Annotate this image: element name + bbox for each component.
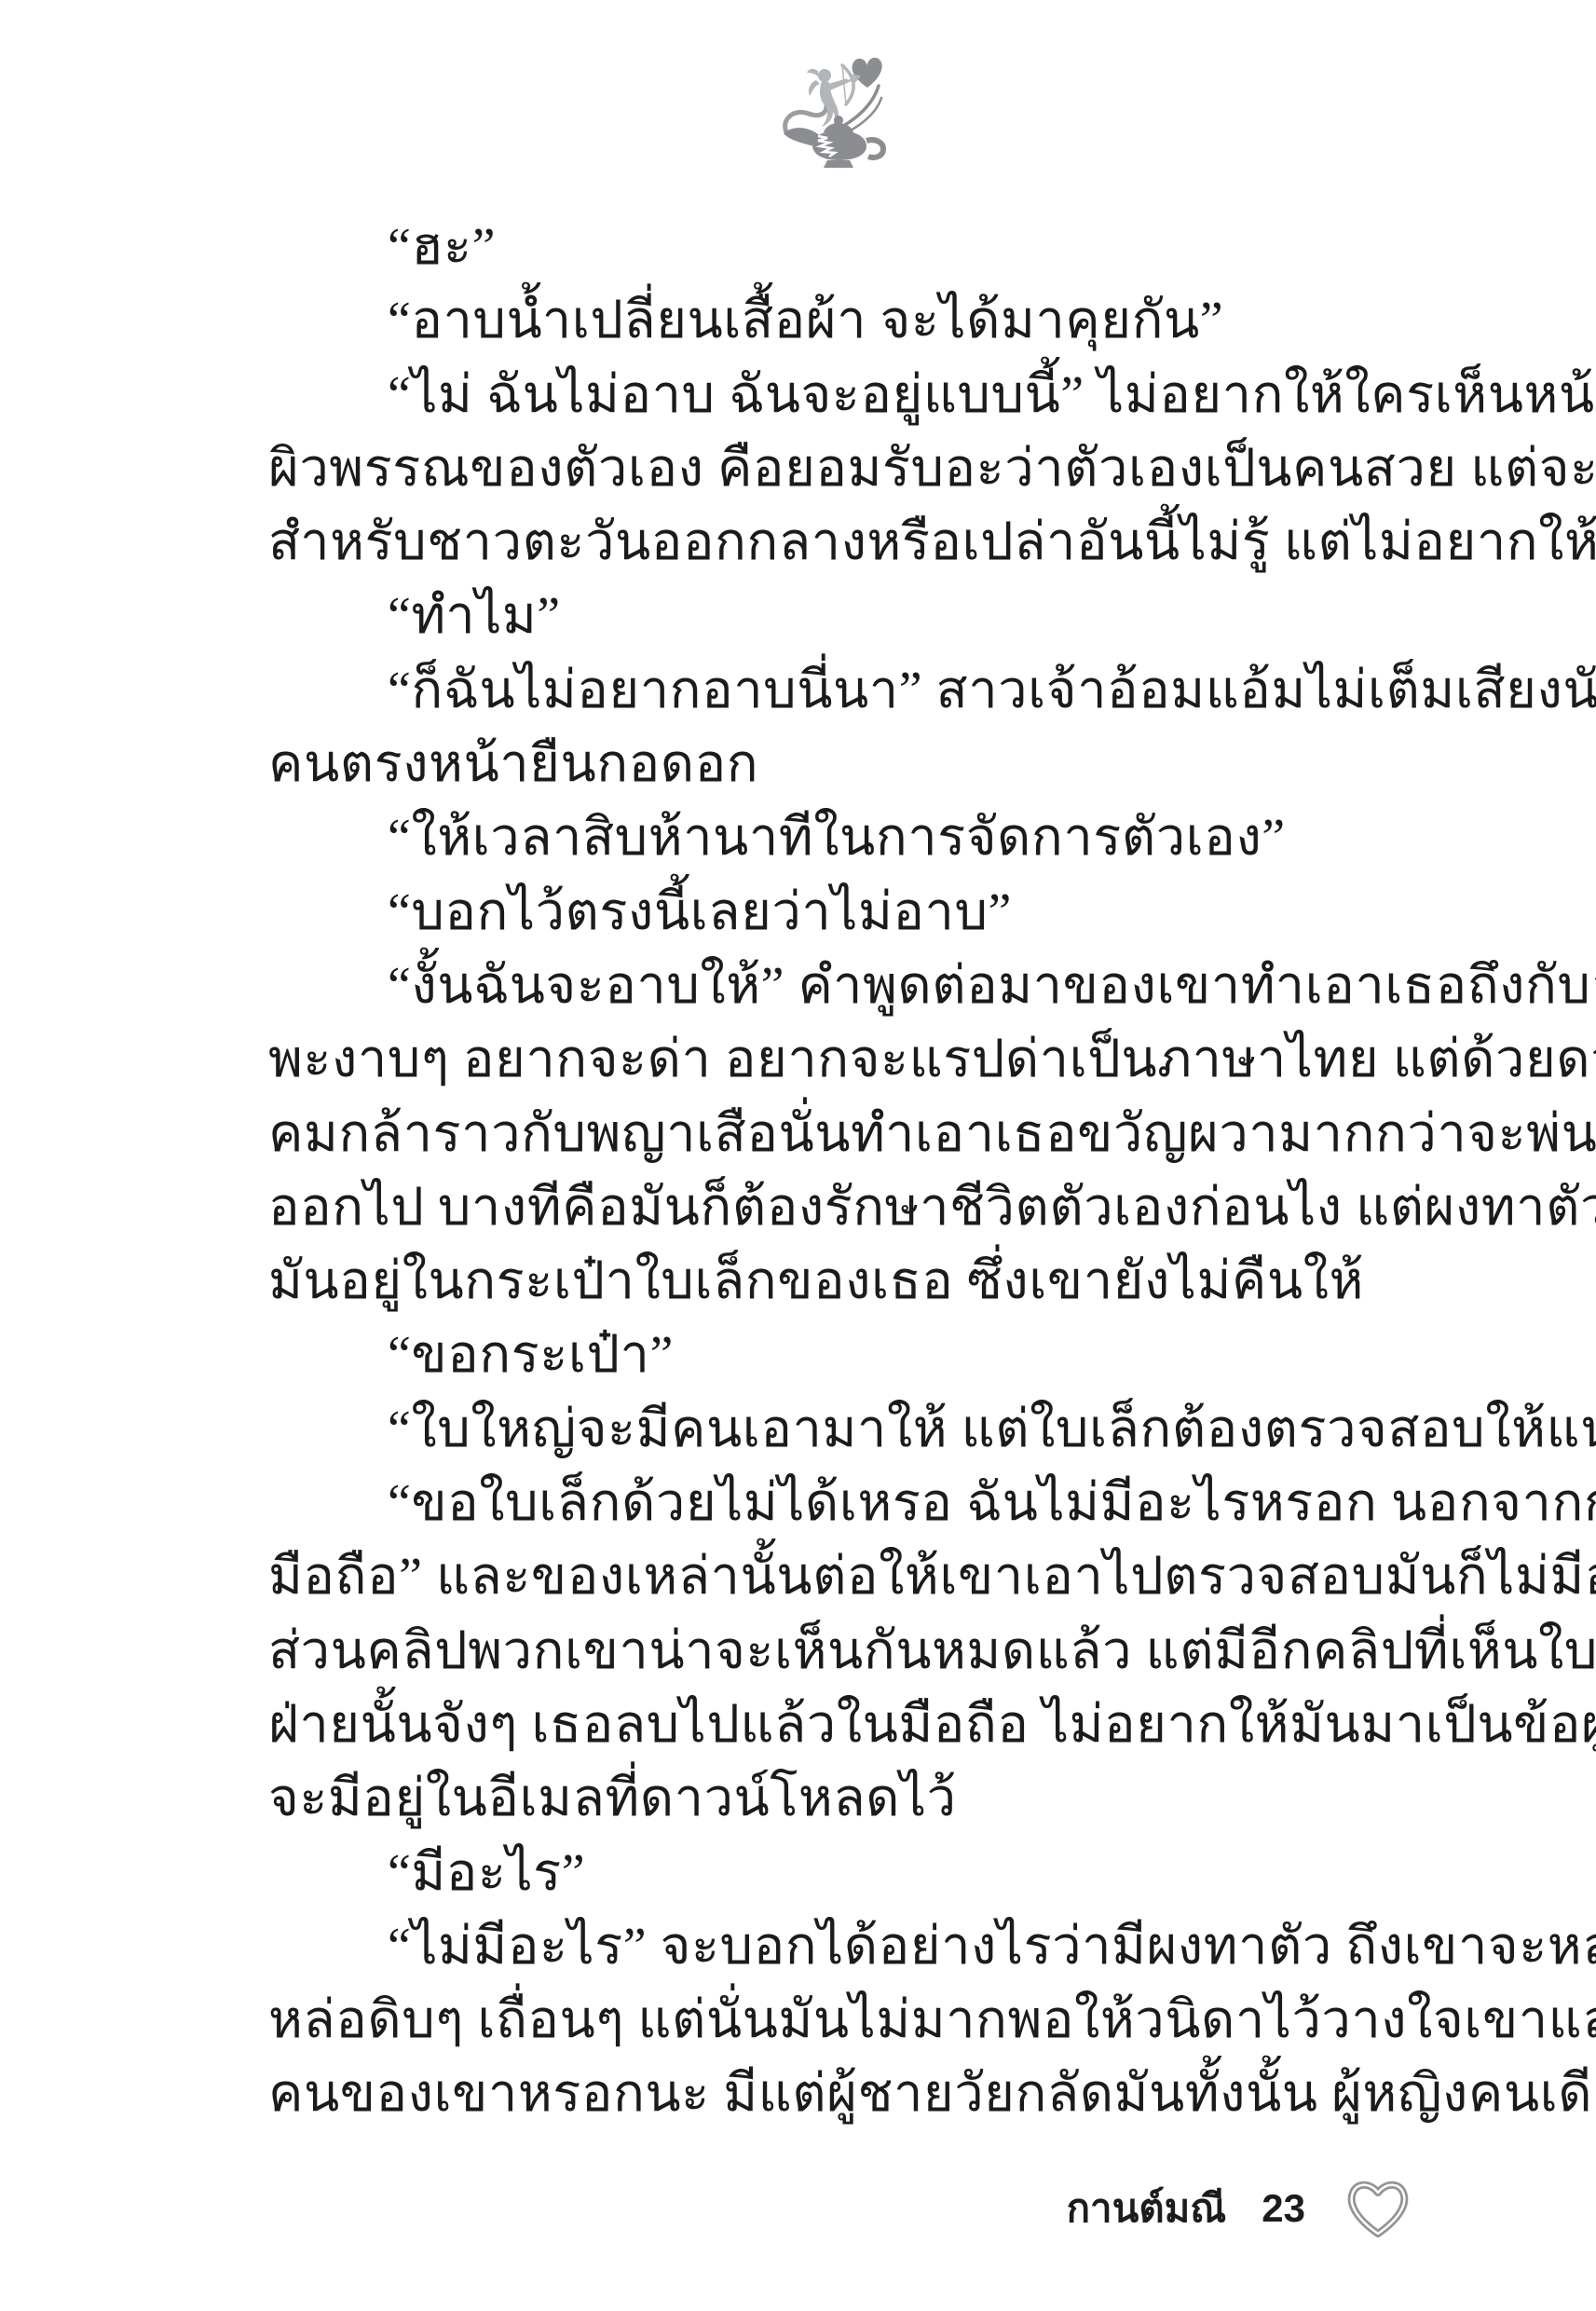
text-line: มันอยู่ในกระเป๋าใบเล็กของเธอ ซึ่งเขายังไ… <box>268 1245 1433 1319</box>
page-number: 23 <box>1262 2178 1305 2239</box>
page-footer: กานต์มณี 23 <box>1067 2178 1412 2239</box>
text-line: คนของเขาหรอกนะ มีแต่ผู้ชายวัยกลัดมันทั้ง… <box>268 2058 1433 2131</box>
text-line: ฝ่ายนั้นจังๆ เธอลบไปแล้วในมือถือ ไม่อยาก… <box>268 1689 1433 1762</box>
text-line: จะมีอยู่ในอีเมลที่ดาวน์โหลดไว้ <box>268 1762 1433 1836</box>
heart-outline-icon <box>1344 2178 1412 2239</box>
genie-lamp-icon <box>784 116 883 168</box>
text-line: “ทำไม” <box>268 580 1433 653</box>
text-line: “มีอะไร” <box>268 1837 1433 1910</box>
author-name: กานต์มณี <box>1067 2178 1227 2239</box>
text-line: สำหรับชาวตะวันออกกลางหรือเปล่าอันนี้ไม่ร… <box>268 506 1433 580</box>
text-line: “ไม่ ฉันไม่อาบ ฉันจะอยู่แบบนี้” ไม่อยากใ… <box>268 359 1433 432</box>
text-line: ออกไป บางทีคือมันก็ต้องรักษาชีวิตตัวเองก… <box>268 1171 1433 1245</box>
text-line: “ขอกระเป๋า” <box>268 1319 1433 1392</box>
text-line: “บอกไว้ตรงนี้เลยว่าไม่อาบ” <box>268 876 1433 950</box>
heart-icon <box>853 58 882 88</box>
smoke-swirl-icon <box>785 101 826 132</box>
text-line: คมกล้าราวกับพญาเสือนั่นทำเอาเธอขวัญผวามา… <box>268 1098 1433 1171</box>
text-line: มือถือ” และของเหล่านั้นต่อให้เขาเอาไปตรว… <box>268 1540 1433 1614</box>
cupid-lamp-logo <box>781 52 887 170</box>
text-line: “ขอใบเล็กด้วยไม่ได้เหรอ ฉันไม่มีอะไรหรอก… <box>268 1467 1433 1540</box>
text-line: “ให้เวลาสิบห้านาทีในการจัดการตัวเอง” <box>268 801 1433 875</box>
footer-text: กานต์มณี 23 <box>1067 2178 1305 2239</box>
text-line: “ฮะ” <box>268 211 1433 284</box>
text-line: “อาบน้ำเปลี่ยนเสื้อผ้า จะได้มาคุยกัน” <box>268 284 1433 358</box>
book-page: “ฮะ” “อาบน้ำเปลี่ยนเสื้อผ้า จะได้มาคุยกั… <box>0 0 1596 2311</box>
text-line: ผิวพรรณของตัวเอง คือยอมรับอะว่าตัวเองเป็… <box>268 432 1433 506</box>
text-line: “ใบใหญ่จะมีคนเอามาให้ แต่ใบเล็กต้องตรวจส… <box>268 1393 1433 1467</box>
page-text: “ฮะ” “อาบน้ำเปลี่ยนเสื้อผ้า จะได้มาคุยกั… <box>268 211 1433 2132</box>
text-line: หล่อดิบๆ เถื่อนๆ แต่นั่นมันไม่มากพอให้วน… <box>268 1984 1433 2058</box>
text-line: คนตรงหน้ายืนกอดอก <box>268 728 1433 801</box>
text-line: “ก็ฉันไม่อยากอาบนี่นา” สาวเจ้าอ้อมแอ้มไม… <box>268 654 1433 728</box>
text-line: “ไม่มีอะไร” จะบอกได้อย่างไรว่ามีผงทาตัว … <box>268 1910 1433 1984</box>
text-line: ส่วนคลิปพวกเขาน่าจะเห็นกันหมดแล้ว แต่มีอ… <box>268 1615 1433 1689</box>
text-line: พะงาบๆ อยากจะด่า อยากจะแรปด่าเป็นภาษาไทย… <box>268 1023 1433 1097</box>
text-line: “งั้นฉันจะอาบให้” คำพูดต่อมาของเขาทำเอาเ… <box>268 950 1433 1023</box>
